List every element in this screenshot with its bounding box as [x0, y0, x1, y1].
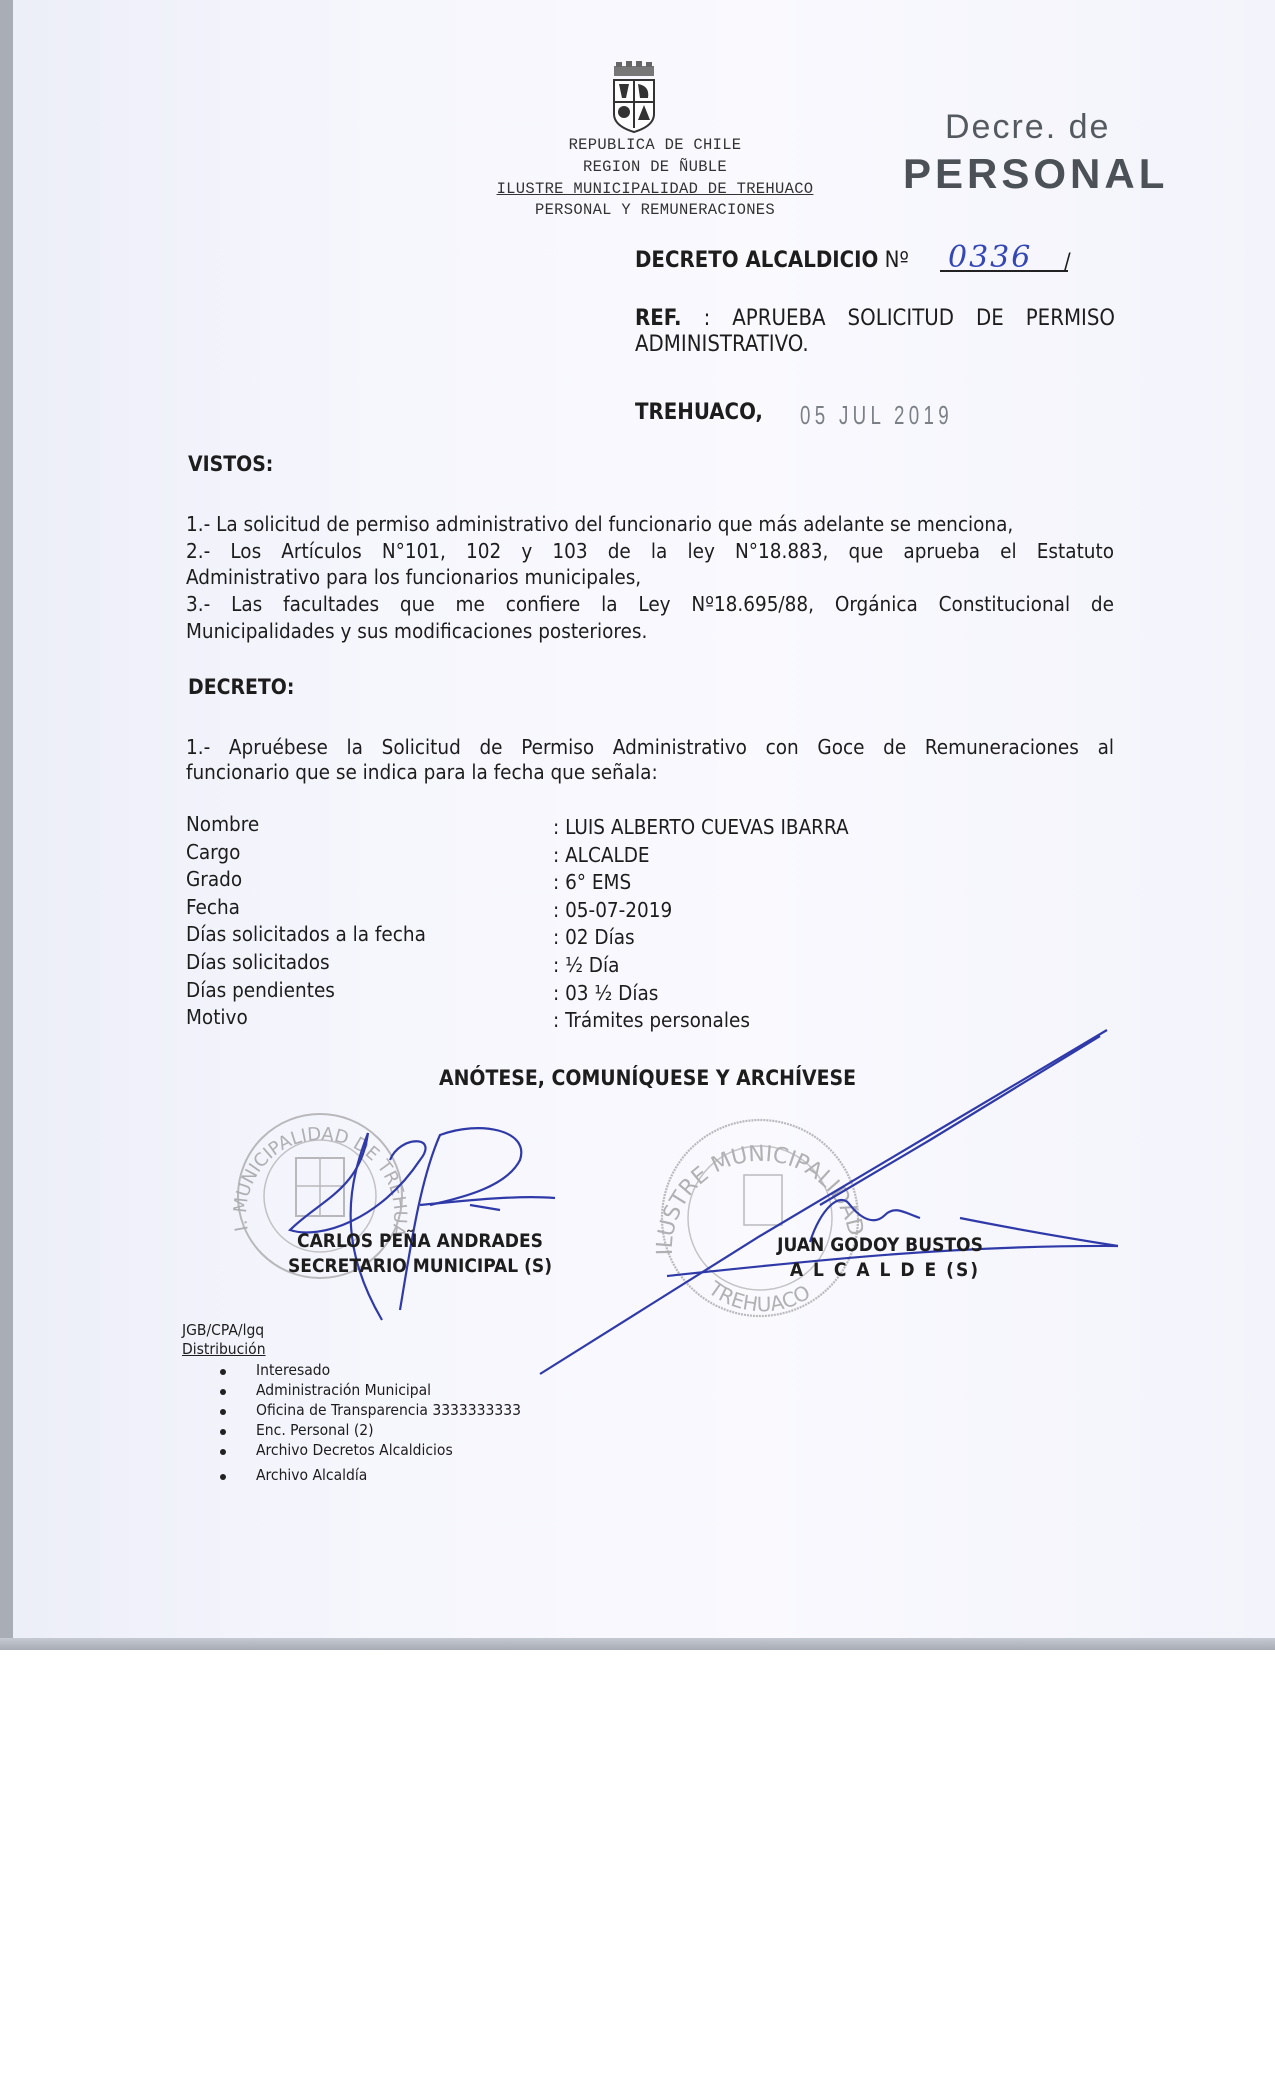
- ref-line-1: REF. : APRUEBA SOLICITUD DE PERMISO: [635, 306, 1115, 331]
- header-republica: REPUBLICA DE CHILE: [455, 136, 855, 154]
- distribution-item: Archivo Decretos Alcaldicios: [256, 1441, 453, 1459]
- decreto-line-2: funcionario que se indica para la fecha …: [186, 760, 658, 784]
- visto-line-2: 2.- Los Artículos N°101, 102 y 103 de la…: [186, 539, 1114, 563]
- visto-line-4: 3.- Las facultades que me confiere la Le…: [186, 592, 1114, 616]
- closing-formula: ANÓTESE, COMUNÍQUESE Y ARCHÍVESE: [380, 1066, 915, 1090]
- distribution-item: Interesado: [256, 1361, 330, 1379]
- decree-number-suffix: /: [1064, 250, 1071, 275]
- bullet-icon: [220, 1389, 226, 1395]
- signer-right-name: JUAN GODOY BUSTOS: [755, 1234, 1005, 1256]
- detail-value: : 6° EMS: [553, 870, 631, 894]
- header-department: PERSONAL Y REMUNERACIONES: [455, 201, 855, 219]
- bullet-icon: [220, 1429, 226, 1435]
- bullet-icon: [220, 1409, 226, 1415]
- decree-label: DECRETO ALCALDICIO: [635, 248, 878, 273]
- distribution-title: Distribución: [182, 1340, 266, 1358]
- decree-number-prefix: Nº: [885, 248, 909, 273]
- detail-value: : LUIS ALBERTO CUEVAS IBARRA: [553, 815, 849, 839]
- detail-label: Motivo: [186, 1005, 248, 1029]
- scan-edge-left: [0, 0, 13, 1650]
- bullet-icon: [220, 1474, 226, 1480]
- bullet-icon: [220, 1449, 226, 1455]
- date-stamp: 05 JUL 2019: [800, 400, 953, 431]
- detail-label: Grado: [186, 867, 242, 891]
- ref-text-1: : APRUEBA SOLICITUD DE PERMISO: [704, 306, 1115, 331]
- visto-line-5: Municipalidades y sus modificaciones pos…: [186, 619, 647, 643]
- stamp-decre-de: Decre. de: [945, 108, 1110, 147]
- decreto-line-1: 1.- Apruébese la Solicitud de Permiso Ad…: [186, 735, 1114, 759]
- signer-left-name: CARLOS PEÑA ANDRADES: [230, 1230, 610, 1252]
- header-municipality: ILUSTRE MUNICIPALIDAD DE TREHUACO: [497, 180, 814, 198]
- detail-label: Nombre: [186, 812, 259, 836]
- header-region: REGION DE ÑUBLE: [455, 158, 855, 176]
- detail-value: : ALCALDE: [553, 843, 650, 867]
- bullet-icon: [220, 1369, 226, 1375]
- scan-edge-bottom: [0, 1638, 1275, 1650]
- distribution-item: Enc. Personal (2): [256, 1421, 374, 1439]
- detail-value: : ½ Día: [553, 953, 619, 977]
- distribution-item: Oficina de Transparencia 3333333333: [256, 1401, 521, 1419]
- ref-label: REF.: [635, 306, 682, 331]
- distribution-item: Administración Municipal: [256, 1381, 431, 1399]
- detail-value: : 05-07-2019: [553, 898, 672, 922]
- visto-line-3: Administrativo para los funcionarios mun…: [186, 565, 641, 589]
- initials: JGB/CPA/lgq: [182, 1321, 264, 1339]
- place: TREHUACO,: [635, 400, 763, 425]
- decree-number-handwritten: 0336: [948, 240, 1032, 275]
- signer-right-role: A L C A L D E (S): [770, 1259, 1000, 1281]
- detail-label: Días solicitados: [186, 950, 330, 974]
- stamp-personal: PERSONAL: [903, 150, 1168, 198]
- ref-text-2: ADMINISTRATIVO.: [635, 332, 809, 357]
- detail-label: Cargo: [186, 840, 240, 864]
- detail-label: Días solicitados a la fecha: [186, 922, 426, 946]
- detail-value: : Trámites personales: [553, 1008, 750, 1032]
- decreto-title: DECRETO:: [188, 675, 294, 699]
- visto-line-1: 1.- La solicitud de permiso administrati…: [186, 512, 1013, 536]
- detail-value: : 03 ½ Días: [553, 981, 658, 1005]
- vistos-title: VISTOS:: [188, 452, 273, 476]
- distribution-item: Archivo Alcaldía: [256, 1466, 367, 1484]
- detail-value: : 02 Días: [553, 925, 635, 949]
- detail-label: Días pendientes: [186, 978, 335, 1002]
- detail-label: Fecha: [186, 895, 240, 919]
- header-municipality-wrap: ILUSTRE MUNICIPALIDAD DE TREHUACO: [455, 180, 855, 198]
- signer-left-role: SECRETARIO MUNICIPAL (S): [230, 1255, 610, 1277]
- decree-title-row: DECRETO ALCALDICIO Nº: [635, 248, 909, 273]
